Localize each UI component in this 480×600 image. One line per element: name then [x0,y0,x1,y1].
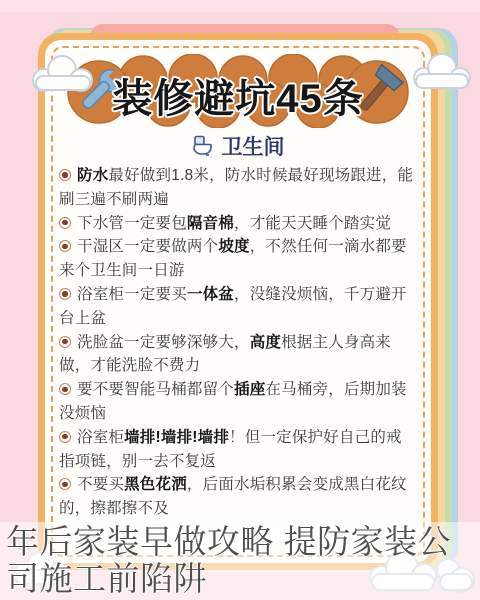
title-banner: 装修避坑45条 [63,54,413,128]
tip-text: 最好做到1.8米，防水时候最好现场跟进，能刷三遍不刷两遍 [59,167,413,208]
tips-card: 装修避坑45条 卫生间 防水最好做到1.8米，防水时候最好现场跟进，能刷三遍不刷… [38,33,438,570]
section-label: 卫生间 [222,131,285,161]
cloud-top-right [406,48,476,98]
section-header: 卫生间 [45,133,431,159]
tip-keyword: 墙排!墙排!墙排 [124,429,229,446]
tip-keyword: 插座 [234,381,265,398]
tip-item: 要不要智能马桶都留个插座在马桶旁，后期加装没烦恼 [59,378,417,426]
bullet-icon [59,383,71,395]
tip-item: 防水最好做到1.8米，防水时候最好现场跟进，能刷三遍不刷两遍 [59,164,417,212]
card-inner: 装修避坑45条 卫生间 防水最好做到1.8米，防水时候最好现场跟进，能刷三遍不刷… [45,40,431,563]
tip-text: 浴室柜 [77,429,124,446]
tip-text: 下水管一定要包 [77,215,187,232]
tip-item: 浴室柜墙排!墙排!墙排！但一定保护好自己的戒指项链，别一去不复返 [59,426,417,474]
tip-keyword: 高度 [250,334,281,351]
bullet-icon [59,478,71,490]
tip-item: 洗脸盆一定要够深够大，高度根据主人身高来做，才能洗脸不费力 [59,331,417,379]
tip-text: 浴室柜一定要买 [77,286,187,303]
caption-text: 年后家装早做攻略 提防家装公司施工前陷阱 [0,522,480,597]
tip-text: 要不要智能马桶都留个 [77,381,234,398]
tips-list: 防水最好做到1.8米，防水时候最好现场跟进，能刷三遍不刷两遍下水管一定要包隔音棉… [59,164,417,521]
page-title: 装修避坑45条 [63,67,413,124]
bullet-icon [59,431,71,443]
bullet-icon [59,336,71,348]
bullet-icon [59,217,71,229]
bullet-icon [59,169,71,181]
tip-keyword: 防水 [77,167,108,184]
tip-item: 下水管一定要包隔音棉，才能天天睡个踏实觉 [59,212,417,236]
toilet-icon [192,135,216,157]
tip-item: 干湿区一定要做两个坡度，不然任何一滴水都要来个卫生间一日游 [59,235,417,283]
top-strip [0,0,480,12]
bullet-icon [59,288,71,300]
tip-keyword: 黑色花洒 [124,476,187,493]
tip-text: 不要买 [77,476,124,493]
tip-text: ，才能天天睡个踏实觉 [234,215,391,232]
tip-item: 浴室柜一定要买一体盆，没缝没烦恼，千万避开台上盆 [59,283,417,331]
cloud-top-left [24,50,100,98]
caption-band: 年后家装早做攻略 提防家装公司施工前陷阱 [0,522,480,600]
bullet-icon [59,240,71,252]
tip-text: 洗脸盆一定要够深够大， [77,334,250,351]
tip-keyword: 坡度 [218,238,249,255]
tip-keyword: 一体盆 [187,286,234,303]
tip-keyword: 隔音棉 [187,215,234,232]
tip-text: 干湿区一定要做两个 [77,238,218,255]
tip-item: 不要买黑色花洒，后面水垢积累会变成黑白花纹的，擦都擦不及 [59,473,417,521]
